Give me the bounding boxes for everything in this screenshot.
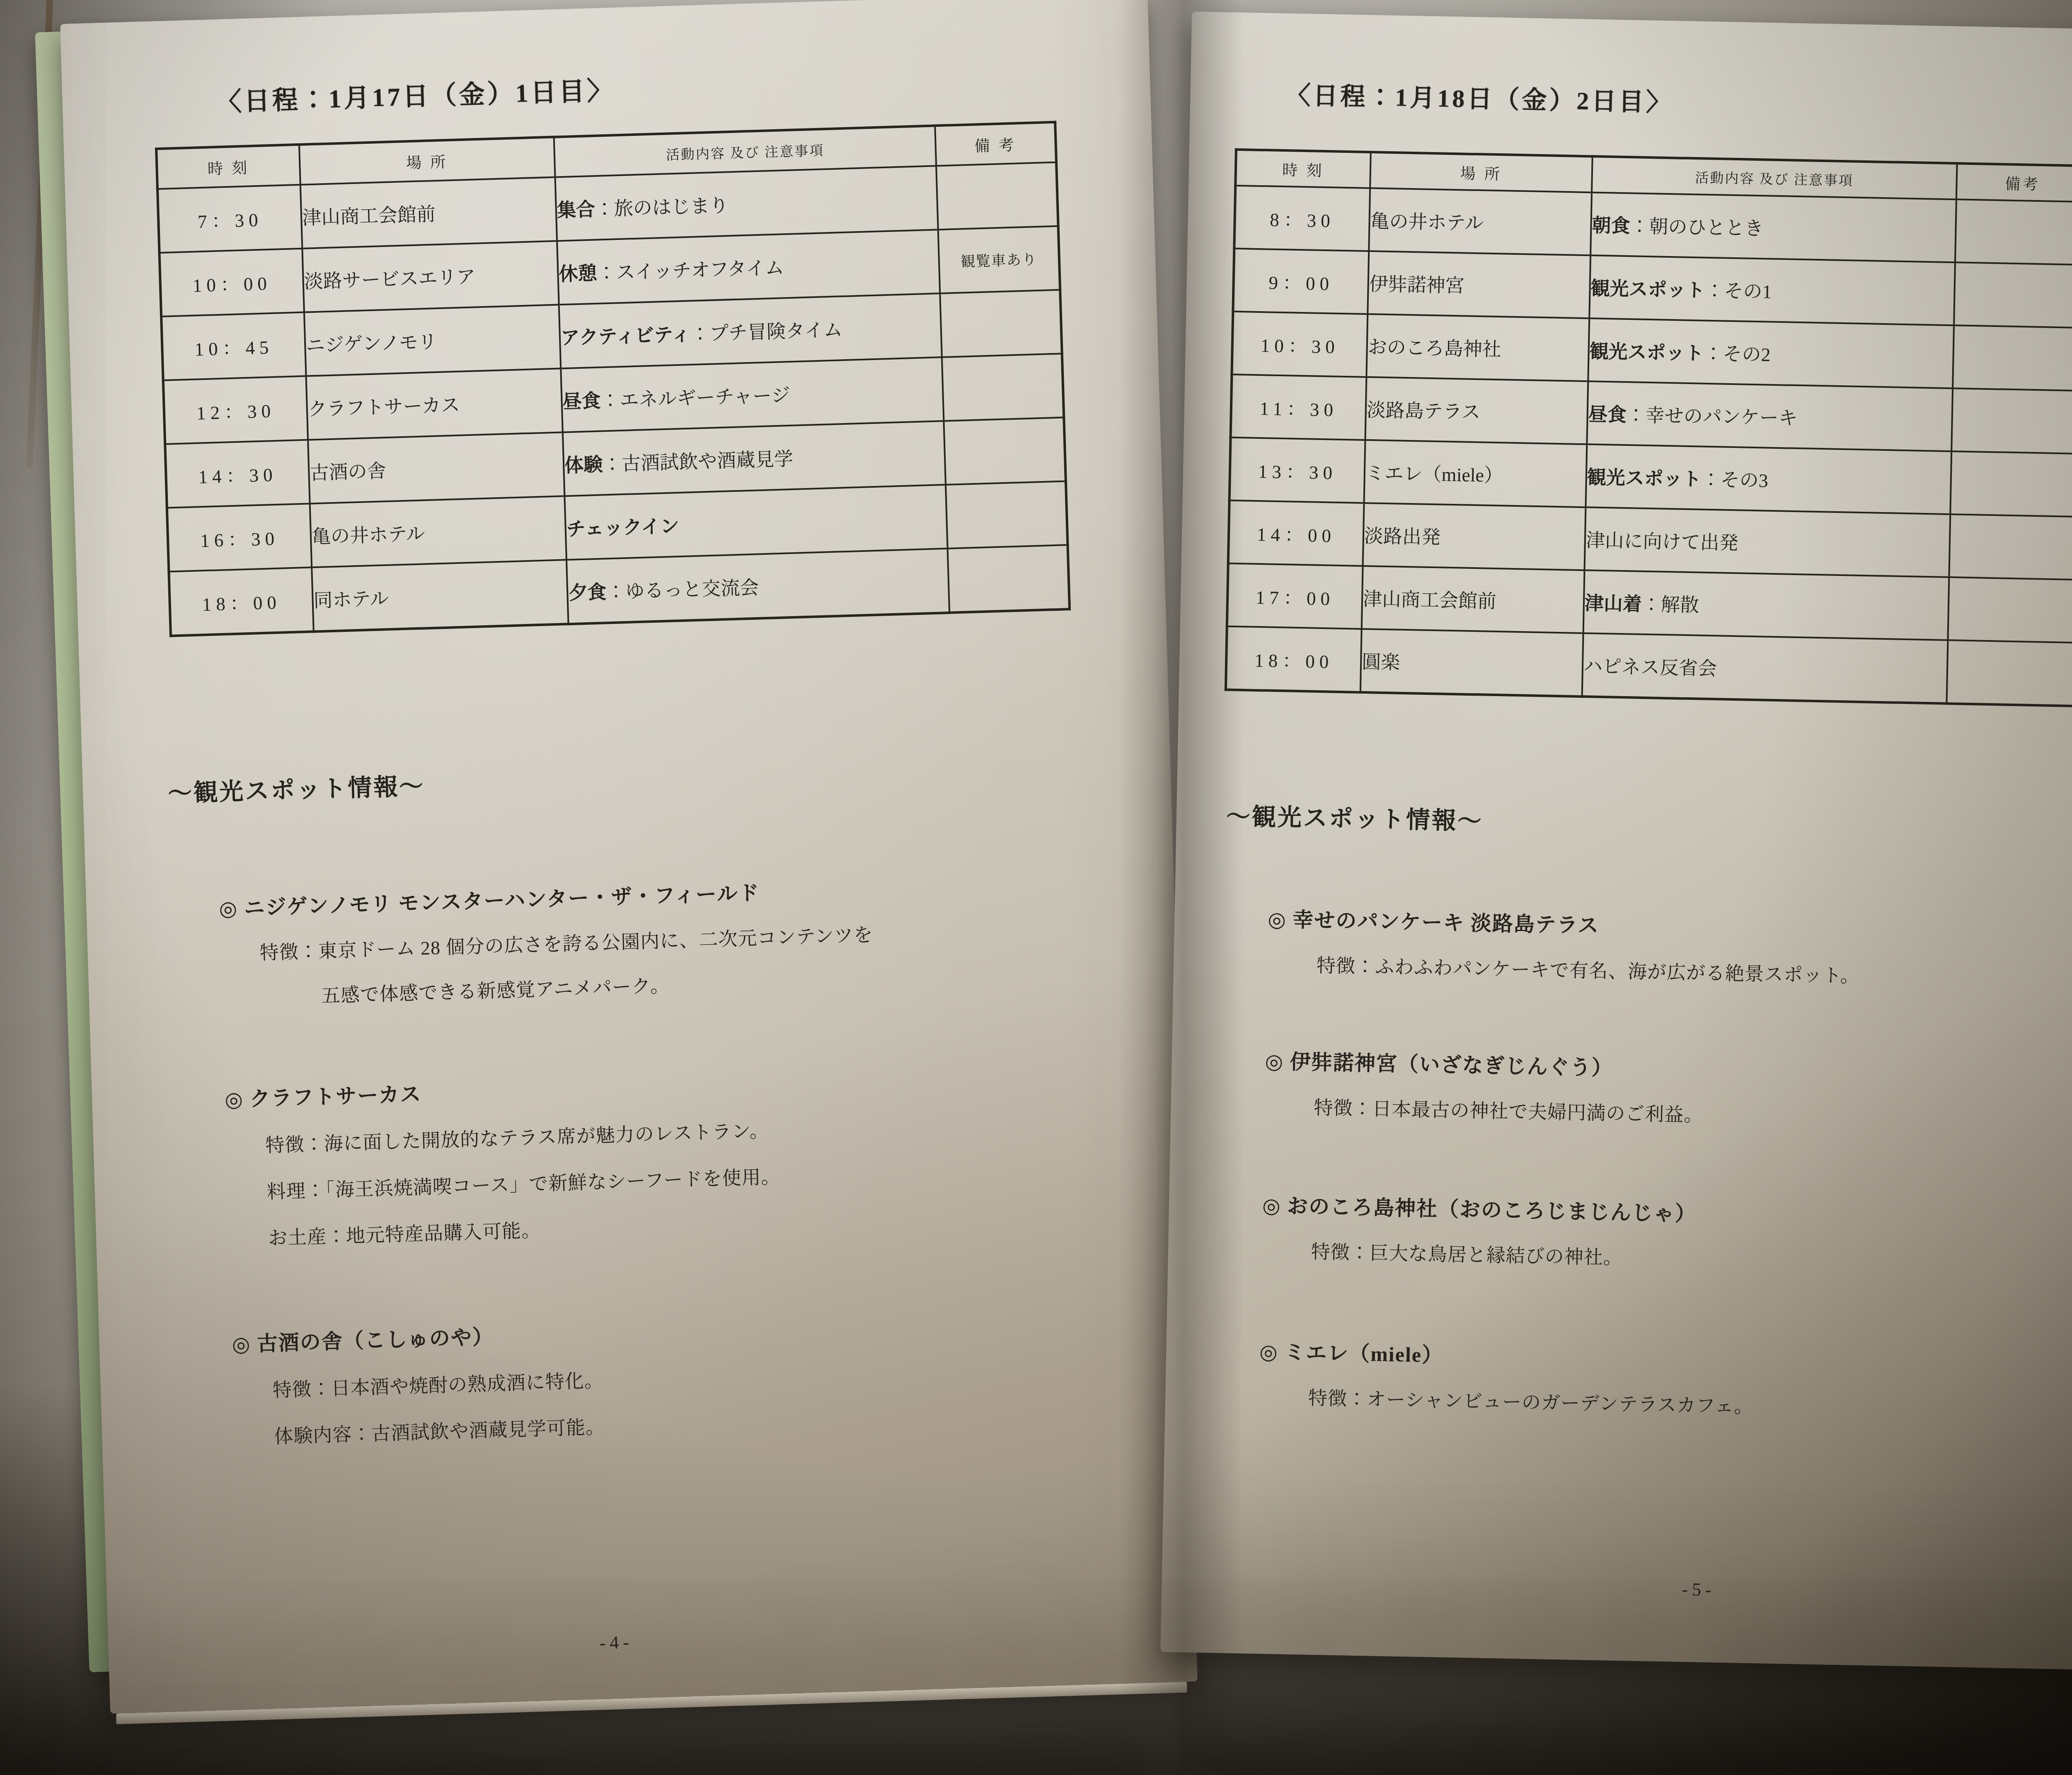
spot-entry-onokoro-jinja: ◎ おのころ島神社（おのころじまじんじゃ） 特徴：巨大な鳥居と縁結びの神社。 (1261, 1195, 2072, 1279)
activity-label: 休憩 (559, 263, 597, 285)
note-cell (940, 290, 1062, 358)
spot-detail-line: お土産：地元特産品購入可能。 (268, 1202, 1184, 1248)
activity-label: アクティビティ (560, 324, 691, 348)
activity-label: 夕食 (568, 581, 607, 604)
note-cell (944, 417, 1065, 485)
header-place: 場 所 (1370, 152, 1593, 192)
activity-desc: ：朝のひととき (1630, 215, 1764, 239)
time-cell: 16：30 (167, 503, 312, 571)
place-cell: 津山商工会館前 (300, 177, 557, 249)
note-cell (1950, 451, 2072, 517)
spot-detail-line: 特徴：ふわふわパンケーキで有名、海が広がる絶景スポット。 (1317, 956, 2072, 993)
place-cell: 淡路サービスエリア (302, 241, 559, 312)
time-cell: 7：30 (157, 185, 302, 253)
page-number-5: -5- (1682, 1579, 1716, 1601)
activity-desc: ：プチ冒険タイム (690, 319, 842, 345)
activity-label: 昼食 (1588, 404, 1627, 426)
activity-label: 体験 (564, 454, 603, 476)
activity-cell: 観光スポット：その2 (1588, 318, 1954, 388)
time-cell: 18：00 (1226, 626, 1362, 692)
header-notes: 備考 (1956, 163, 2072, 202)
time-cell: 14：30 (165, 440, 310, 508)
note-cell (936, 162, 1058, 230)
place-cell: クラフトサーカス (306, 368, 563, 440)
spot-entry-craft-circus: ◎ クラフトサーカス 特徴：海に面した開放的なテラス席が魅力のレストラン。 料理… (225, 1061, 1184, 1249)
time-cell: 14：00 (1228, 501, 1364, 566)
activity-cell: 昼食：幸せのパンケーキ (1587, 381, 1953, 451)
place-cell: 淡路島テラス (1365, 377, 1588, 444)
place-cell: 津山商工会館前 (1362, 566, 1585, 633)
place-cell: 古酒の舎 (308, 432, 564, 503)
time-cell: 8：30 (1234, 186, 1370, 251)
header-place: 場 所 (299, 137, 555, 185)
place-cell: 同ホテル (312, 560, 568, 631)
activity-cell: 津山着：解散 (1583, 570, 1949, 640)
activity-label: チェックイン (566, 515, 680, 540)
note-cell (1951, 388, 2072, 454)
page-number-4: -4- (599, 1632, 634, 1654)
header-time: 時 刻 (1235, 150, 1371, 188)
time-cell: 10：45 (161, 312, 306, 380)
note-cell (1948, 577, 2072, 643)
place-cell: 圓楽 (1360, 629, 1583, 696)
activity-cell: 休憩：スイッチオフタイム (557, 230, 940, 305)
spot-detail-line: 五感で体感できる新感覚アニメパーク。 (321, 961, 1176, 1006)
spot-detail-line: 特徴：海に面した開放的なテラス席が魅力のレストラン。 (265, 1109, 1181, 1156)
activity-cell: 観光スポット：その1 (1589, 255, 1955, 325)
spot-name: ◎ 伊弉諾神宮（いざなぎじんぐう） (1265, 1051, 2072, 1091)
day2-schedule-table: 時 刻 場 所 活動内容 及び 注意事項 備考 8：30 亀の井ホテル 朝食：朝… (1225, 148, 2072, 707)
day1-spots-heading: ～観光スポット情報～ (167, 744, 1171, 809)
time-cell: 17：00 (1227, 563, 1363, 629)
spot-name: ◎ 古酒の舎（こしゅのや） (232, 1306, 1187, 1355)
spot-detail-line: 特徴：東京ドーム 28 個分の広さを誇る公園内に、二次元コンテンツを (259, 917, 1175, 963)
spot-detail-line: 特徴：日本最古の神社で夫婦円満のご利益。 (1314, 1098, 2072, 1135)
activity-label: 観光スポット (1587, 467, 1702, 490)
time-cell: 11：30 (1231, 375, 1367, 440)
activity-cell: 津山に向けて出発 (1585, 507, 1951, 577)
place-cell: 亀の井ホテル (1369, 188, 1592, 255)
activity-desc: ：解散 (1641, 594, 1699, 616)
spot-name: ◎ クラフトサーカス (225, 1061, 1180, 1110)
spot-entry-miele: ◎ ミエレ（miele） 特徴：オーシャンビューのガーデンテラスカフェ。 (1259, 1341, 2072, 1425)
note-cell (942, 353, 1064, 421)
activity-desc: ：その1 (1705, 280, 1772, 302)
activity-cell: 体験：古酒試飲や酒蔵見学 (563, 421, 946, 496)
booklet-page-day2: 〈日程：1月18日（金）2日目〉 時 刻 場 所 活動内容 及び 注意事項 備考… (1160, 12, 2072, 1673)
note-cell: 観覧車あり (938, 226, 1060, 294)
activity-desc: ：その3 (1701, 469, 1768, 491)
spot-entry-koshunoya: ◎ 古酒の舎（こしゅのや） 特徴：日本酒や焼酎の熟成酒に特化。 体験内容：古酒試… (232, 1306, 1190, 1448)
activity-desc: 津山に向けて出発 (1585, 530, 1738, 554)
time-cell: 10：30 (1232, 312, 1368, 377)
activity-desc: ：エネルギーチャージ (600, 385, 791, 411)
header-time: 時 刻 (156, 145, 300, 189)
note-cell (948, 545, 1070, 613)
activity-desc: ：旅のはじまり (595, 195, 729, 220)
day2-title: 〈日程：1月18日（金）2日目〉 (1285, 75, 2072, 130)
spot-name: ◎ ニジゲンノモリ モンスターハンター・ザ・フィールド (219, 870, 1174, 919)
spot-name: ◎ ミエレ（miele） (1259, 1341, 2072, 1381)
activity-cell: 観光スポット：その3 (1585, 444, 1951, 514)
activity-desc: ：スイッチオフタイム (597, 257, 784, 283)
spot-name: ◎ 幸せのパンケーキ 淡路島テラス (1268, 909, 2072, 948)
time-cell: 18：00 (169, 567, 313, 636)
activity-label: 津山着 (1585, 592, 1642, 615)
activity-label: 集合 (557, 199, 595, 221)
spot-detail-line: 特徴：日本酒や焼酎の熟成酒に特化。 (272, 1354, 1188, 1400)
header-activity: 活動内容 及び 注意事項 (1592, 156, 1957, 199)
spot-detail-line: 特徴：オーシャンビューのガーデンテラスカフェ。 (1308, 1389, 2072, 1426)
place-cell: 伊弉諾神宮 (1368, 251, 1590, 318)
activity-label: 観光スポット (1589, 341, 1704, 364)
activity-label: 昼食 (562, 390, 601, 413)
place-cell: 淡路出発 (1363, 503, 1586, 570)
time-cell: 10：00 (160, 249, 304, 317)
spot-entry-happy-pancake: ◎ 幸せのパンケーキ 淡路島テラス 特徴：ふわふわパンケーキで有名、海が広がる絶… (1267, 909, 2072, 993)
spot-entry-nijigennomori: ◎ ニジゲンノモリ モンスターハンター・ザ・フィールド 特徴：東京ドーム 28 … (219, 870, 1177, 1008)
activity-desc: ：古酒試飲や酒蔵見学 (602, 448, 793, 475)
day2-spots-heading: ～観光スポット情報～ (1226, 797, 2072, 851)
activity-cell: ハピネス反省会 (1582, 633, 1948, 704)
activity-label: 観光スポット (1590, 278, 1705, 301)
activity-desc: ハピネス反省会 (1583, 655, 1717, 679)
activity-desc: ：幸せのパンケーキ (1626, 404, 1798, 429)
activity-cell: 昼食：エネルギーチャージ (561, 357, 944, 432)
photo-background: 〈日程：1月17日（金）1日目〉 時 刻 場 所 活動内容 及び 注意事項 備 … (0, 0, 2072, 1775)
place-cell: 亀の井ホテル (310, 496, 566, 567)
activity-cell: 夕食：ゆるっと交流会 (566, 549, 949, 624)
activity-label: 朝食 (1592, 215, 1630, 237)
place-cell: おのころ島神社 (1366, 314, 1589, 381)
spot-detail-line: 体験内容：古酒試飲や酒蔵見学可能。 (274, 1400, 1190, 1446)
booklet-page-day1: 〈日程：1月17日（金）1日目〉 時 刻 場 所 活動内容 及び 注意事項 備 … (60, 0, 1198, 1714)
day1-schedule-table: 時 刻 場 所 活動内容 及び 注意事項 備 考 7：30 津山商工会館前 集合… (155, 121, 1071, 637)
place-cell: ニジゲンノモリ (304, 305, 561, 376)
time-cell: 9：00 (1233, 249, 1369, 314)
time-cell: 12：30 (163, 376, 308, 444)
header-notes: 備 考 (935, 122, 1056, 166)
activity-cell: 集合：旅のはじまり (555, 166, 938, 241)
spot-detail-line: 特徴：巨大な鳥居と縁結びの神社。 (1311, 1243, 2072, 1279)
activity-desc: ：その2 (1704, 343, 1771, 365)
note-cell (946, 481, 1067, 549)
note-cell (1947, 640, 2072, 706)
activity-cell: アクティビティ：プチ冒険タイム (559, 293, 942, 368)
note-cell (1954, 262, 2072, 328)
spot-entry-izanagi-jingu: ◎ 伊弉諾神宮（いざなぎじんぐう） 特徴：日本最古の神社で夫婦円満のご利益。 (1264, 1051, 2072, 1135)
activity-cell: 朝食：朝のひととき (1590, 192, 1956, 262)
note-cell (1953, 325, 2072, 391)
spot-detail-line: 料理：「海王浜焼満喫コース」で新鮮なシーフードを使用。 (266, 1156, 1182, 1202)
time-cell: 13：30 (1230, 438, 1365, 503)
spot-name: ◎ おのころ島神社（おのころじまじんじゃ） (1262, 1195, 2072, 1235)
activity-desc: ：ゆるっと交流会 (606, 577, 759, 602)
note-cell (1955, 199, 2072, 265)
note-cell (1949, 514, 2072, 580)
activity-cell: チェックイン (564, 485, 947, 560)
place-cell: ミエレ（miele） (1364, 440, 1587, 507)
day1-title: 〈日程：1月17日（金）1日目〉 (215, 54, 1150, 118)
